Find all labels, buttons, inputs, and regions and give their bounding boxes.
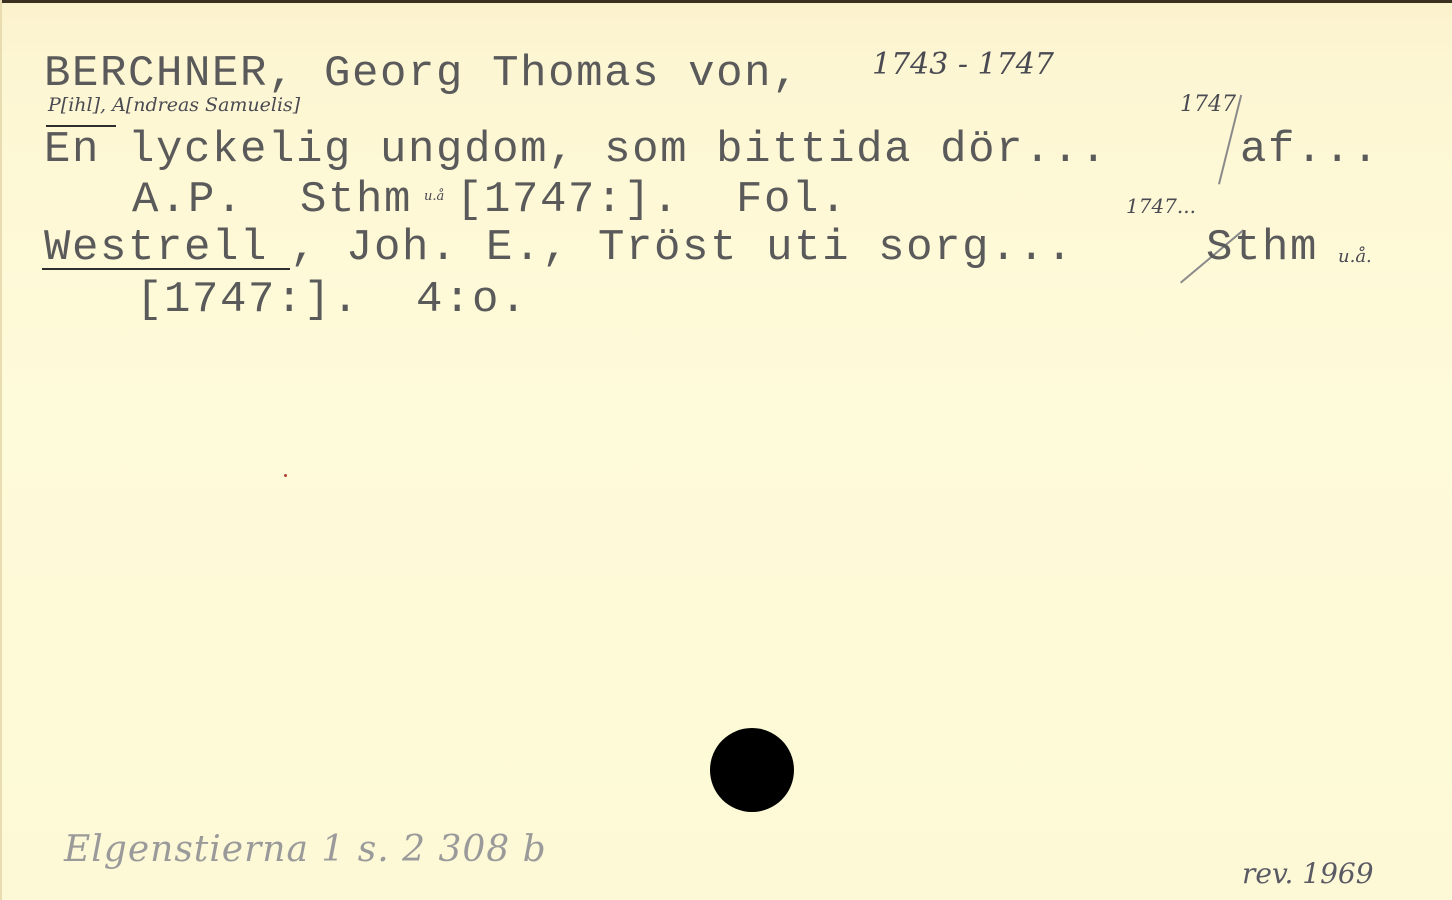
catalog-card: BERCHNER, Georg Thomas von, 1743 - 1747 … bbox=[0, 0, 1452, 900]
entry-2-imprint: [1747:]. 4:o. bbox=[136, 278, 528, 322]
author-heading: BERCHNER, Georg Thomas von, bbox=[44, 52, 800, 96]
punch-hole bbox=[710, 728, 794, 812]
footer-revision-note: rev. 1969 bbox=[1242, 860, 1374, 888]
entry-2-year-note: 1747... bbox=[1126, 196, 1196, 216]
entry-1-title-cont: af... bbox=[1240, 128, 1380, 172]
entry-1-imprint-prefix: A.P. Sthm bbox=[132, 178, 412, 222]
attribution-note: P[ihl], A[ndreas Samuelis] bbox=[48, 96, 300, 115]
entry-2-author-underline bbox=[42, 268, 290, 270]
entry-1-title: En lyckelig ungdom, som bittida dör... bbox=[44, 128, 1108, 172]
entry-1-year-note: 1747 bbox=[1180, 94, 1236, 116]
card-top-edge bbox=[0, 0, 1452, 3]
card-speck bbox=[284, 474, 287, 477]
card-left-edge bbox=[0, 0, 2, 900]
entry-1-imprint-suffix: [1747:]. Fol. bbox=[456, 178, 848, 222]
entry-2-author: Westrell bbox=[44, 226, 268, 270]
entry-2-place-note: u.å. bbox=[1338, 248, 1372, 266]
entry-2-place: Sthm bbox=[1206, 226, 1318, 270]
entry-1-imprint-note: u.å bbox=[424, 190, 444, 203]
author-dates: 1743 - 1747 bbox=[872, 50, 1054, 80]
footer-reference-note: Elgenstierna 1 s. 2 308 b bbox=[64, 832, 547, 868]
entry-2-title: , Joh. E., Tröst uti sorg... bbox=[290, 226, 1074, 270]
